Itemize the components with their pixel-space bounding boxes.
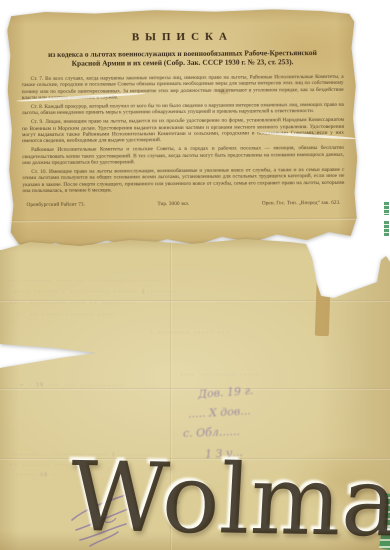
faint-typed-line: ······· · ········ ····· (......... xyxy=(12,452,152,458)
verso-sheet: ·· ········ ···· ·· ············ ····· ·… xyxy=(0,236,390,550)
stamp-edge-mark xyxy=(384,221,389,236)
faint-typed-line: ·· ....... ···. xyxy=(10,462,70,468)
faint-typed-line: ····· 19 · xyxy=(16,472,56,478)
handwriting-line: ..... Х дов... xyxy=(188,404,251,420)
handwriting-line: с. Обл...... xyxy=(183,425,240,440)
bottom-sheet-shadow: ·· ········ ···· ·· ············ ····· ·… xyxy=(0,0,390,550)
faint-typed-line: · ········ ····· ··· xyxy=(150,330,230,336)
stamp-edge-mark xyxy=(384,202,389,215)
faint-typed-line: — · 19 ··· ............... xyxy=(20,382,124,388)
scanned-document-image: ВЫПИСКА из кодекса о льготах военнослужа… xyxy=(0,0,390,550)
handwriting-line: Дов. 19 г. xyxy=(198,384,254,401)
fold-crease-horizontal xyxy=(0,388,390,390)
faint-typed-line: ·· ········ ···· ·· ············ ····· xyxy=(8,278,160,284)
green-ink-note: зм. xyxy=(165,496,181,509)
tape-strip xyxy=(315,266,331,336)
handwriting-line: 1 З у... xyxy=(205,446,243,461)
faint-typed-line: ···· ·· ······ ····· xyxy=(180,372,260,378)
faint-typed-line: ·· ····· ······· ···· xyxy=(30,312,114,318)
faint-typed-line: ···· ········· ···· ·· ····· xyxy=(10,300,122,306)
fold-crease-horizontal xyxy=(0,458,390,460)
violet-ink-scribble xyxy=(66,480,156,550)
faint-typed-line: ···· ······ · ·········· ······ (·······… xyxy=(14,289,178,295)
